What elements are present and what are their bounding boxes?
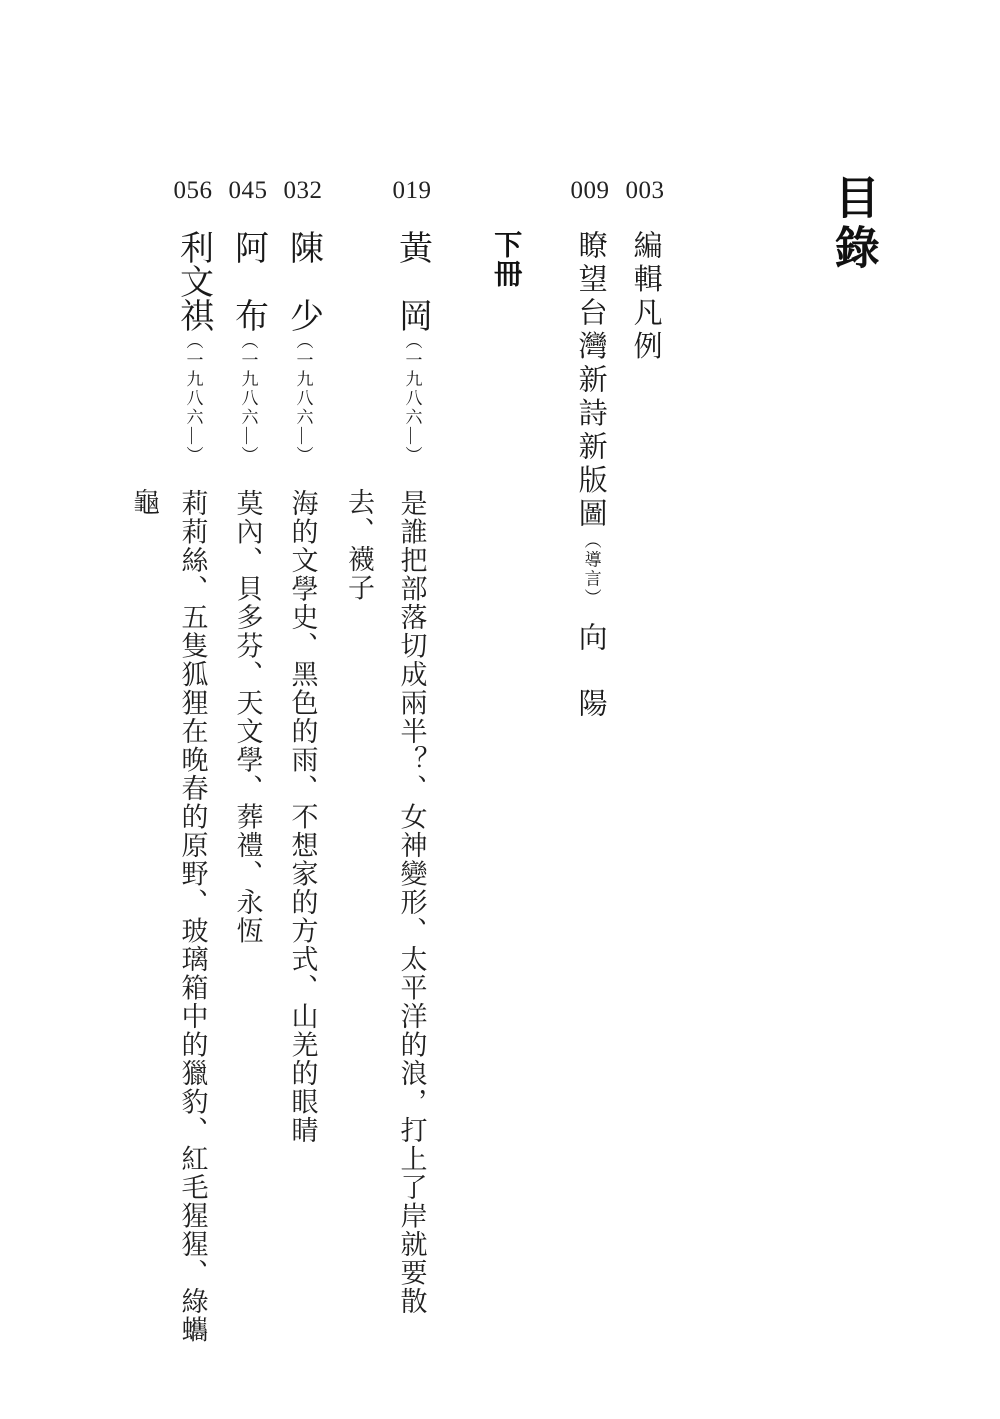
author-birth-year: （一九八六—）	[184, 332, 203, 465]
toc-entry-li-wen-chi: 056 利文祺（一九八六—）莉莉絲、五隻狐狸在晚春的原野、玻璃箱中的獵豹、紅毛猩…	[165, 178, 221, 1344]
page-number: 009	[571, 178, 610, 204]
author-name: 黃 岡	[394, 230, 431, 332]
entry-annotation: （導言）	[582, 532, 601, 608]
page-number: 019	[393, 178, 432, 204]
page-number: 003	[626, 178, 665, 204]
volume-label: 下冊	[489, 230, 521, 288]
toc-page: 目錄 003 編輯凡例 009 瞭望台灣新詩新版圖（導言）向 陽 下冊 019 …	[0, 0, 1000, 1419]
entry-column: 黃 岡（一九八六—）是誰把部落切成兩半？、女神變形、太平洋的浪，打上了岸就要散	[392, 230, 431, 1316]
entry-author: 向 陽	[575, 622, 607, 721]
poem-titles: 莫內、貝多芬、天文學、葬禮、永恆	[233, 489, 263, 945]
poem-titles: 海的文學史、黑色的雨、不想家的方式、山羌的眼睛	[288, 489, 318, 1145]
poem-titles: 莉莉絲、五隻狐狸在晚春的原野、玻璃箱中的獵豹、紅毛猩猩、綠蠵	[178, 489, 208, 1344]
author-birth-year: （一九八六—）	[403, 332, 422, 465]
poem-titles-continuation-li-wen-chi: 龜	[128, 488, 159, 517]
entry-column: 陳 少（一九八六—）海的文學史、黑色的雨、不想家的方式、山羌的眼睛	[283, 230, 322, 1145]
entry-column: 瞭望台灣新詩新版圖（導言）向 陽	[573, 230, 606, 721]
author-birth-year: （一九八六—）	[294, 332, 313, 465]
page-title: 目錄	[826, 174, 878, 274]
poem-titles: 是誰把部落切成兩半？、女神變形、太平洋的浪，打上了岸就要散	[397, 489, 427, 1316]
entry-column: 利文祺（一九八六—）莉莉絲、五隻狐狸在晚春的原野、玻璃箱中的獵豹、紅毛猩猩、綠蠵	[173, 230, 212, 1344]
entry-title: 瞭望台灣新詩新版圖	[575, 230, 607, 532]
toc-entry-editorial-notes: 003 編輯凡例	[617, 178, 673, 364]
page-number: 056	[174, 178, 213, 204]
author-name: 阿 布	[230, 230, 267, 332]
entry-column: 阿 布（一九八六—）莫內、貝多芬、天文學、葬禮、永恆	[228, 230, 267, 945]
toc-entry-chen-shao: 032 陳 少（一九八六—）海的文學史、黑色的雨、不想家的方式、山羌的眼睛	[275, 178, 331, 1145]
poem-titles-continuation-huang-gang: 去、襪子	[343, 488, 374, 602]
page-number: 045	[229, 178, 268, 204]
author-name: 利文祺	[175, 230, 212, 332]
toc-entry-introduction: 009 瞭望台灣新詩新版圖（導言）向 陽	[562, 178, 618, 721]
toc-entry-a-bu: 045 阿 布（一九八六—）莫內、貝多芬、天文學、葬禮、永恆	[220, 178, 276, 945]
author-birth-year: （一九八六—）	[239, 332, 258, 465]
toc-entry-huang-gang: 019 黃 岡（一九八六—）是誰把部落切成兩半？、女神變形、太平洋的浪，打上了岸…	[384, 178, 440, 1316]
author-name: 陳 少	[285, 230, 322, 332]
entry-title: 編輯凡例	[628, 230, 661, 364]
page-number: 032	[284, 178, 323, 204]
